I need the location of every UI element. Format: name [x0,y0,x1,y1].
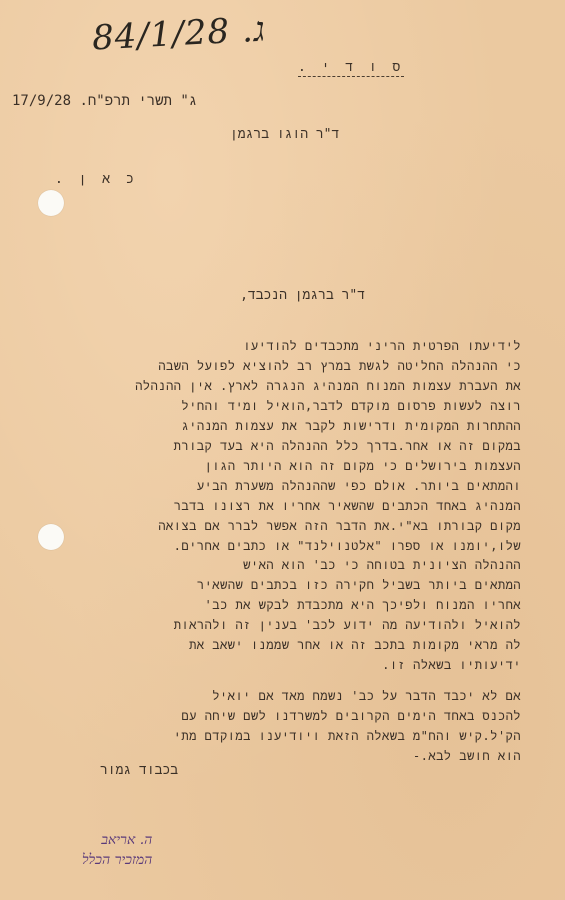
closing-line: בכבוד גמור [100,763,178,778]
salutation: ד"ר ברגמן הנכבד, [240,288,365,303]
recipient-location: כ א ן . [55,172,138,187]
punch-hole [38,190,64,216]
letter-date: ג" תשרי תרפ"ח. 17/9/28 [12,93,197,110]
punch-hole [38,524,64,550]
classification-label: ס ו ד י . [298,60,404,77]
body-paragraph-3: אם לא יכבד הדבר על כב' נשמח מאד אם יואיל… [174,686,521,766]
recipient-name: ד"ר הוגו ברגמן [230,127,339,142]
body-paragraph-1: לידיעתו הפרטית הריני מתכבדים להודיעו כי … [135,336,521,556]
signature-stamp: ה. אריאב המזכיר הכלל [82,830,152,870]
body-paragraph-2: ההנהלה הציונית בטוחה כי כב' הוא האיש המת… [174,555,521,675]
signature-name: ה. אריאב [82,830,152,850]
signature-title: המזכיר הכלל [82,850,152,870]
